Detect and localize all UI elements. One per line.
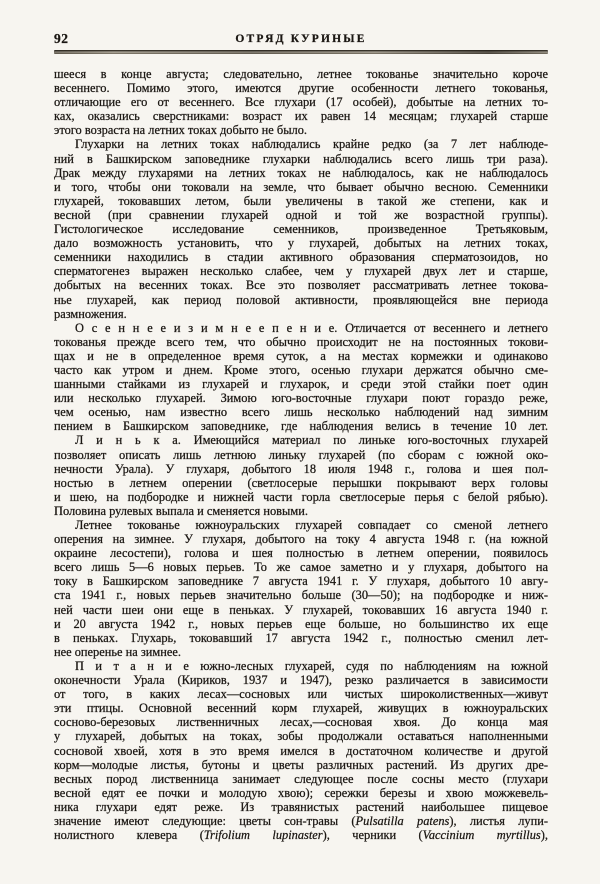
paragraph: Глухарки на летних токах наблюдались кра… [54,137,548,320]
text-line: оконечности Урала (Кириков, 1937 и 1947)… [54,673,548,687]
text-line: и шею, на подбородке и нижней части горл… [54,490,548,504]
text-line: Гистологическое исследование семенников,… [54,222,548,236]
text-line: весных пород лиственница занимает следую… [54,772,548,786]
text-line: весной (при сравнении глухарей одной и т… [54,208,548,222]
text-line: всего лишь 5—6 новых перьев. То же самое… [54,560,548,574]
book-page: 92 ОТРЯД КУРИНЫЕ шееся в конце августа; … [0,0,600,884]
text-line: отличающие его от весеннего. Все глухари… [54,95,548,109]
text-line: эти птицы. Основной весенний корм глухар… [54,701,548,715]
text-line: Глухарки на летних токах наблюдались кра… [54,137,548,151]
text-line: ностью в летнем оперении (светлосерые пе… [54,476,548,490]
text-block: шееся в конце августа; следовательно, ле… [54,67,548,842]
text-line: нее оперенье на зимнее. [54,645,548,659]
text-line: корм—молодые листья, бутоны и цветы разл… [54,758,548,772]
text-line: или несколько глухарей. Зимою юго-восточ… [54,391,548,405]
text-line: ста 1941 г., новых перьев значительно бо… [54,588,548,602]
text-line: окраине лесостепи), голова и шея полност… [54,546,548,560]
text-line: сперматогенез выражен несколько слабее, … [54,264,548,278]
text-line: ника глухари едят реже. Из травянистых р… [54,800,548,814]
text-line: пением в Башкирском заповеднике, где наб… [54,419,548,433]
text-line: ний в Башкирском заповеднике глухарки на… [54,152,548,166]
text-line: шееся в конце августа; следовательно, ле… [54,67,548,81]
text-line: часто как утром и днем. Кроме этого, осе… [54,363,548,377]
page-header: 92 ОТРЯД КУРИНЫЕ [54,31,548,47]
latin-species-name: Pulsatilla patens [356,814,450,828]
text-line: щах и не в определенное время суток, а н… [54,349,548,363]
text-line: нолистного клевера (Trifolium lupinaster… [54,828,548,842]
text-line: токованья прежде всего тем, что обычно п… [54,335,548,349]
text-line: ней части шеи они еще в пеньках. У глуха… [54,603,548,617]
text-line: позволяет описать лишь летнюю линьку глу… [54,448,548,462]
text-line: П и т а н и е южно-лесных глухарей, судя… [54,659,548,673]
text-line: Летнее токованье южноуральских глухарей … [54,518,548,532]
text-line: семенники находились в стадии активного … [54,250,548,264]
text-line: дало возможность установить, что у глуха… [54,236,548,250]
text-line: шанными стайками из глухарей и глухарок,… [54,377,548,391]
text-line: чем осенью, нам известно всего лишь неск… [54,405,548,419]
text-line: весной едят ее почки и молодую хвою); се… [54,786,548,800]
latin-species-name: Vaccinium myrtillus [423,828,541,842]
text-line: нье глухарей, как период половой активно… [54,293,548,307]
running-title: ОТРЯД КУРИНЫЕ [54,31,548,45]
text-line: и того, чтобы они токовали на земле, что… [54,180,548,194]
text-line: сосновой хвоей, хотя в это время имелся … [54,744,548,758]
text-line: Драк между глухарями на летних токах не … [54,166,548,180]
paragraph: Летнее токованье южноуральских глухарей … [54,518,548,659]
text-line: и 20 августа 1942 г., новых перьев еще б… [54,617,548,631]
text-line: весеннего. Помимо этого, имеются другие … [54,81,548,95]
text-line: добытых на весенних токах. Все это позво… [54,278,548,292]
text-line: Половина рулевых выпала и сменяется новы… [54,504,548,518]
text-line: ках, оказались сверстниками: возраст их … [54,109,548,123]
paragraph: О с е н н е е и з и м н е е п е н и е. О… [54,321,548,434]
text-line: от того, в каких лесах—сосновых или чист… [54,687,548,701]
header-rule [54,50,548,54]
text-line: току в Башкирском заповеднике 7 августа … [54,574,548,588]
text-line: в пеньках. Глухарь, токовавший 17 август… [54,631,548,645]
text-line: размножения. [54,307,548,321]
text-line: нечности Урала). У глухаря, добытого 18 … [54,462,548,476]
text-line: оперения на зимнее. У глухаря, добытого … [54,532,548,546]
text-line: этого возраста на летних токах добыто не… [54,123,548,137]
text-line: у глухарей, добытых на токах, зобы продо… [54,729,548,743]
paragraph: шееся в конце августа; следовательно, ле… [54,67,548,137]
paragraph: П и т а н и е южно-лесных глухарей, судя… [54,659,548,842]
paragraph: Л и н ь к а. Имеющийся материал по линьк… [54,433,548,518]
text-line: глухарей, токовавших летом, были увеличе… [54,194,548,208]
latin-species-name: Trifolium lupinaster [204,828,323,842]
text-line: О с е н н е е и з и м н е е п е н и е. О… [54,321,548,335]
text-line: значение имеют следующие: цветы сон-трав… [54,814,548,828]
text-line: сосново-березовых лиственничных лесах,—с… [54,715,548,729]
page-number: 92 [54,31,69,47]
text-line: Л и н ь к а. Имеющийся материал по линьк… [54,433,548,447]
